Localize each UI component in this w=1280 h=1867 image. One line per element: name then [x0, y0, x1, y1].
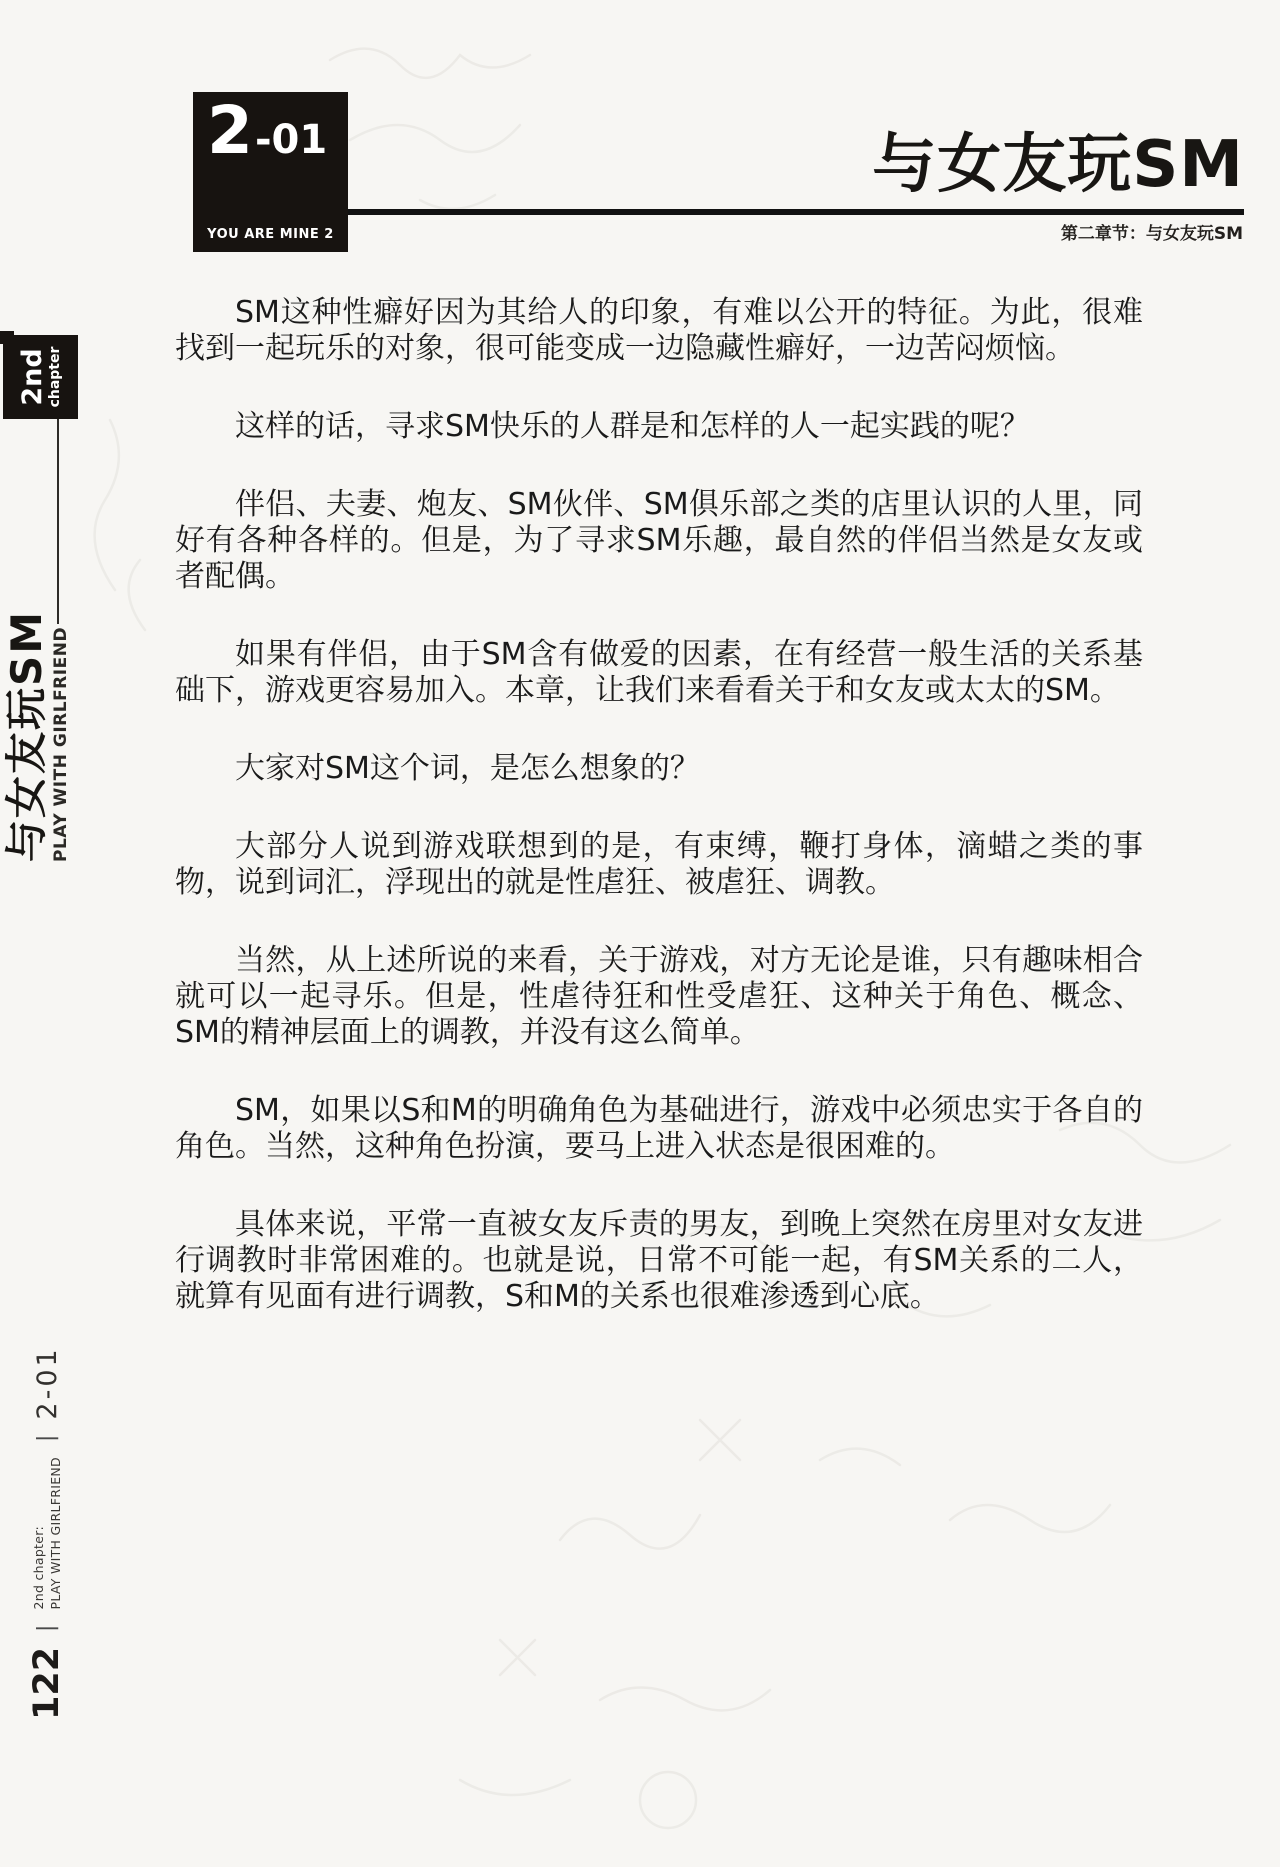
- sidebar-title-english: PLAY WITH GIRLFRIEND: [53, 627, 70, 862]
- sidebar-rule: [57, 419, 59, 624]
- body-text: SM这种性癖好因为其给人的印象，有难以公开的特征。为此，很难找到一起玩乐的对象，…: [175, 295, 1143, 1357]
- paragraph-9: 具体来说，平常一直被女友斥责的男友，到晚上突然在房里对女友进行调教时非常困难的。…: [175, 1207, 1143, 1315]
- chapter-number: 2 -01: [207, 98, 327, 164]
- paragraph-2: 这样的话，寻求SM快乐的人群是和怎样的人一起实践的呢？: [175, 409, 1143, 445]
- sidebar-title-chinese: 与女友玩SM: [6, 610, 48, 862]
- footer-section-code: 2-01: [34, 1346, 61, 1419]
- sidebar-chapter-tab-text: 2nd chapter: [3, 335, 78, 419]
- series-title: YOU ARE MINE 2: [193, 227, 348, 242]
- paragraph-3: 伴侣、夫妻、炮友、SM伙伴、SM俱乐部之类的店里认识的人里，同好有各种各样的。但…: [175, 487, 1143, 595]
- header-rule: [348, 209, 1244, 215]
- footer-chapter-label: 2nd chapter: PLAY WITH GIRLFRIEND: [32, 1457, 63, 1610]
- footer-vertical: 122 | 2nd chapter: PLAY WITH GIRLFRIEND …: [27, 1338, 67, 1720]
- sidebar-tab-line1: 2nd: [19, 348, 46, 405]
- footer-separator: |: [36, 1625, 58, 1632]
- footer-chapter-line2: PLAY WITH GIRLFRIEND: [49, 1457, 63, 1610]
- paragraph-6: 大部分人说到游戏联想到的是，有束缚，鞭打身体，滴蜡之类的事物，说到词汇，浮现出的…: [175, 829, 1143, 901]
- page-number: 122: [30, 1647, 65, 1720]
- sidebar-chapter-tab: 2nd chapter: [3, 335, 78, 419]
- paragraph-4: 如果有伴侣，由于SM含有做爱的因素，在有经营一般生活的关系基础下，游戏更容易加入…: [175, 637, 1143, 709]
- paragraph-8: SM，如果以S和M的明确角色为基础进行，游戏中必须忠实于各自的角色。当然，这种角…: [175, 1093, 1143, 1165]
- footer-separator: |: [36, 1435, 58, 1442]
- paragraph-1: SM这种性癖好因为其给人的印象，有难以公开的特征。为此，很难找到一起玩乐的对象，…: [175, 295, 1143, 367]
- page-title: 与女友玩SM: [872, 130, 1244, 200]
- paragraph-7: 当然，从上述所说的来看，关于游戏，对方无论是谁，只有趣味相合就可以一起寻乐。但是…: [175, 943, 1143, 1051]
- sidebar-vertical-title: 与女友玩SM PLAY WITH GIRLFRIEND: [6, 627, 82, 862]
- chapter-number-big: 2: [207, 98, 253, 164]
- book-page: 2 -01 YOU ARE MINE 2 与女友玩SM 第二章节：与女友玩SM …: [0, 0, 1280, 1867]
- page-subtitle: 第二章节：与女友玩SM: [1061, 219, 1243, 244]
- chapter-number-box: 2 -01 YOU ARE MINE 2: [193, 92, 348, 252]
- chapter-number-small: -01: [255, 120, 327, 160]
- sidebar-tab-line2: chapter: [48, 347, 62, 408]
- paragraph-5: 大家对SM这个词，是怎么想象的？: [175, 751, 1143, 787]
- footer-chapter-line1: 2nd chapter:: [32, 1457, 46, 1610]
